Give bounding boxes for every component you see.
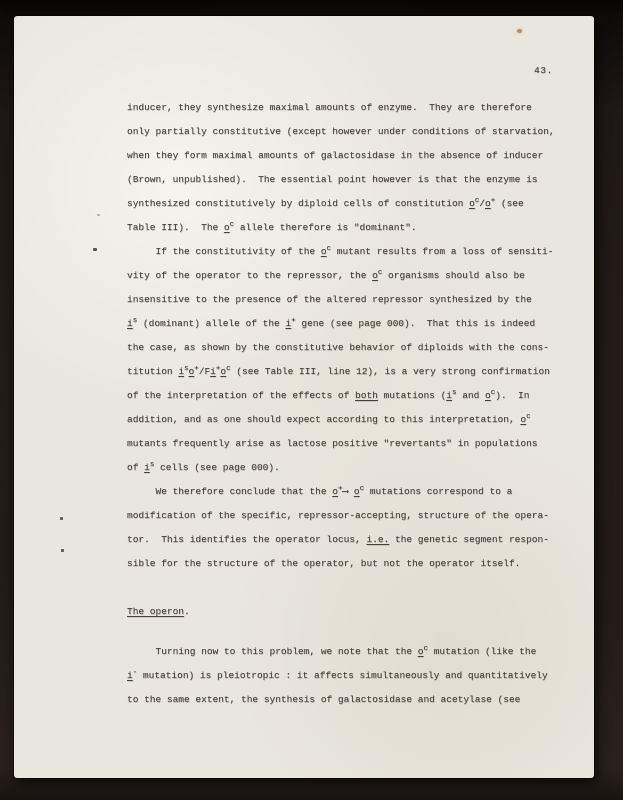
text-line: We therefore conclude that the o+⟶ oc mu…: [127, 480, 575, 504]
text-line: to the same extent, the synthesis of gal…: [127, 688, 575, 712]
paragraph: We therefore conclude that the o+⟶ oc mu…: [127, 480, 575, 576]
text-line: insensitive to the presence of the alter…: [127, 288, 575, 312]
ink-speck: [93, 248, 97, 251]
paragraph: Turning now to this problem, we note tha…: [127, 640, 575, 712]
scan-background: { "document": { "page_number": "43.", "b…: [0, 0, 623, 800]
text-line: of is cells (see page 000).: [127, 456, 575, 480]
paragraph: inducer, they synthesize maximal amounts…: [127, 96, 575, 240]
text-line: synthesized constitutively by diploid ce…: [127, 192, 575, 216]
text-line: only partially constitutive (except howe…: [127, 120, 575, 144]
text-line: the case, as shown by the constitutive b…: [127, 336, 575, 360]
text-line: Turning now to this problem, we note tha…: [127, 640, 575, 664]
text-line: when they form maximal amounts of galact…: [127, 144, 575, 168]
text-line: sible for the structure of the operator,…: [127, 552, 575, 576]
manuscript-page: 43. inducer, they synthesize maximal amo…: [14, 16, 594, 778]
text-line: The operon.: [127, 600, 575, 624]
text-line: tor. This identifies the operator locus,…: [127, 528, 575, 552]
paragraph: If the constitutivity of the oc mutant r…: [127, 240, 575, 480]
text-line: Table III). The oc allele therefore is "…: [127, 216, 575, 240]
rust-stain: [517, 29, 522, 33]
text-line: If the constitutivity of the oc mutant r…: [127, 240, 575, 264]
text-line: titution iso+/Fi+oc (see Table III, line…: [127, 360, 575, 384]
text-line: inducer, they synthesize maximal amounts…: [127, 96, 575, 120]
text-line: addition, and as one should expect accor…: [127, 408, 575, 432]
ink-speck: [60, 517, 63, 520]
section-heading: The operon.: [127, 600, 575, 624]
document-body: inducer, they synthesize maximal amounts…: [127, 96, 575, 712]
text-line: is (dominant) allele of the i+ gene (see…: [127, 312, 575, 336]
text-line: (Brown, unpublished). The essential poin…: [127, 168, 575, 192]
text-line: modification of the specific, repressor-…: [127, 504, 575, 528]
ink-speck: [97, 214, 100, 216]
text-line: i- mutation) is pleiotropic : it affects…: [127, 664, 575, 688]
ink-speck: [61, 549, 64, 552]
page-number: 43.: [534, 59, 553, 83]
text-line: of the interpretation of the effects of …: [127, 384, 575, 408]
text-line: mutants frequently arise as lactose posi…: [127, 432, 575, 456]
text-line: vity of the operator to the repressor, t…: [127, 264, 575, 288]
